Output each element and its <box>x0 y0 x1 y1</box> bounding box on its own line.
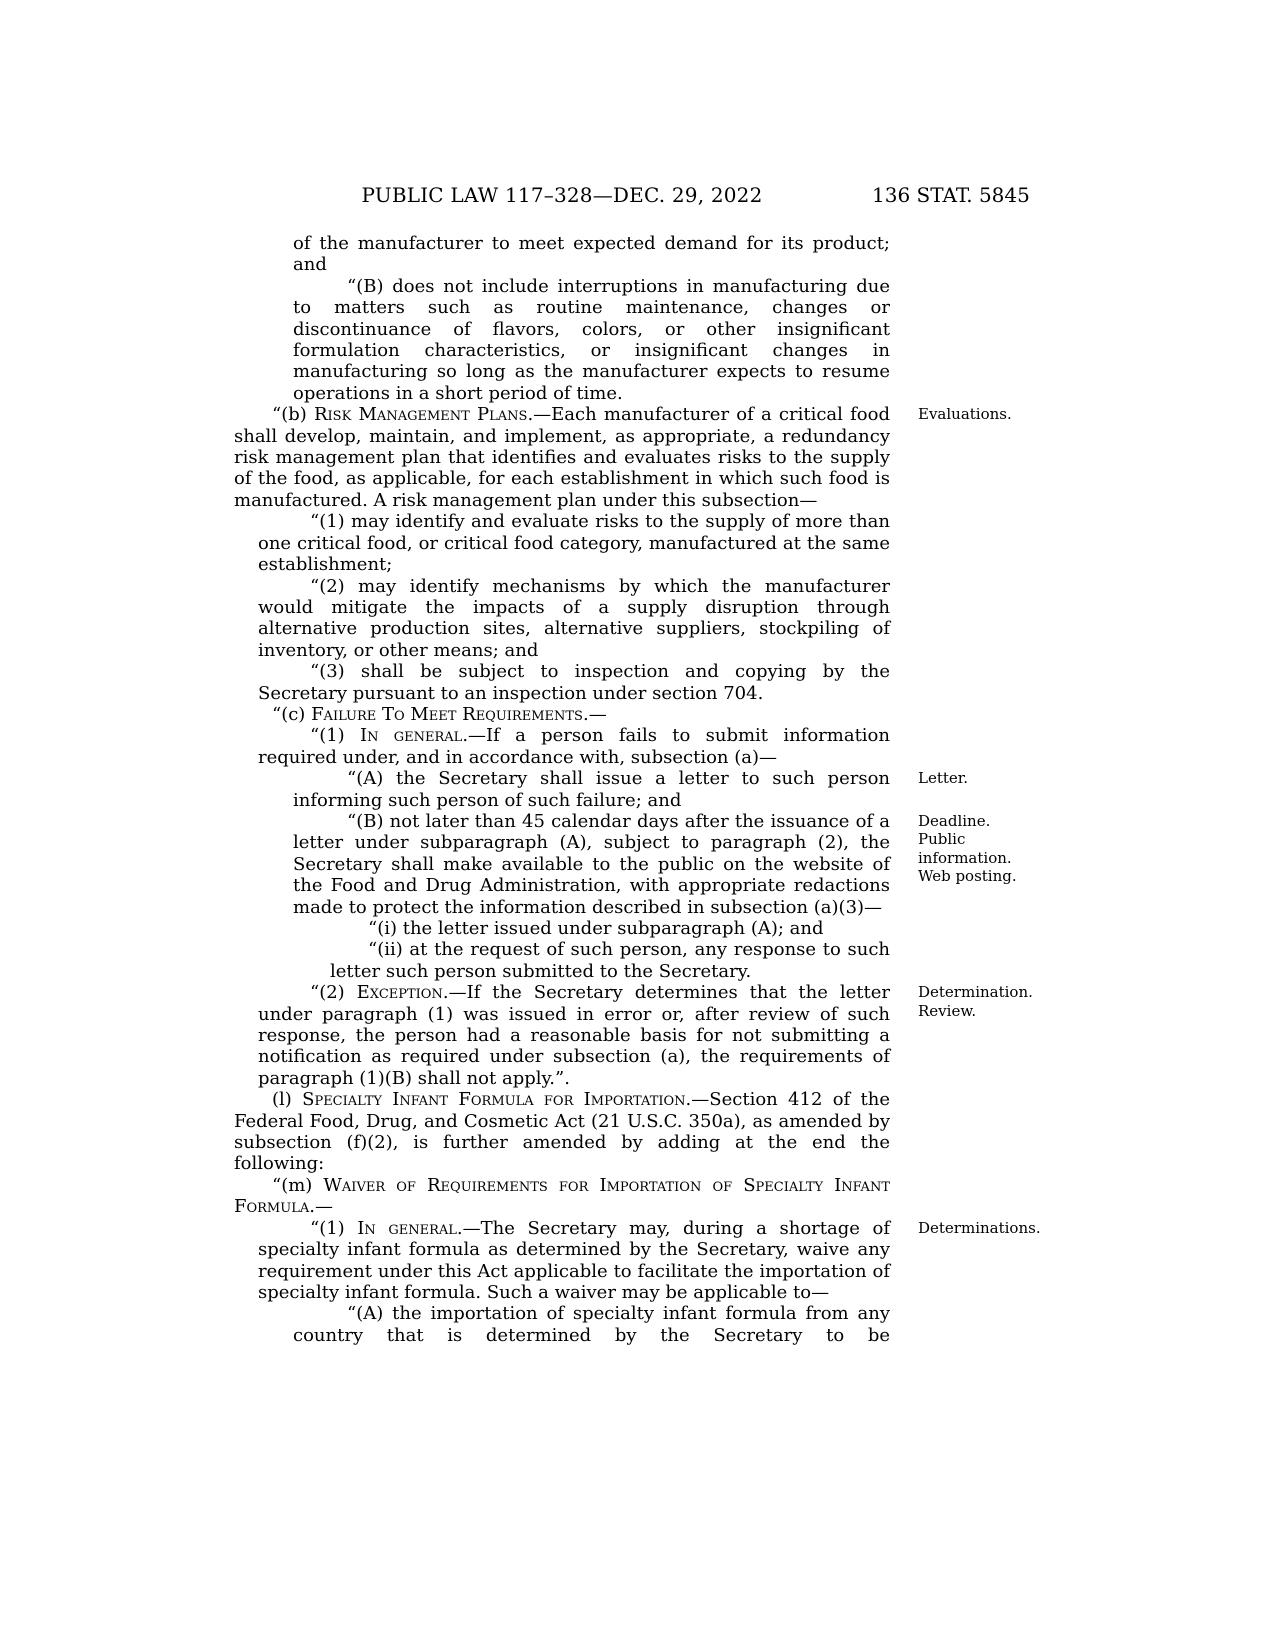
margin-note-line: Public <box>918 830 1068 849</box>
statute-paragraph: “(ii) at the request of such person, any… <box>330 939 890 982</box>
small-caps-run: In general <box>357 1218 457 1239</box>
statute-paragraph: “(c) Failure To Meet Requirements.— <box>234 704 890 725</box>
margin-note-line: Web posting. <box>918 867 1068 886</box>
statute-paragraph: “(3) shall be subject to inspection and … <box>258 661 890 704</box>
statute-paragraph: “(i) the letter issued under subparagrap… <box>330 918 890 939</box>
margin-note-line: Review. <box>918 1002 1068 1021</box>
statute-paragraph: “(A) the importation of specialty infant… <box>293 1303 890 1346</box>
margin-note-line: Deadline. <box>918 812 1068 831</box>
statute-paragraph: “(1) may identify and evaluate risks to … <box>258 511 890 575</box>
text-run: “(b) <box>272 404 314 425</box>
small-caps-run: Failure To Meet Requirements <box>311 704 583 725</box>
small-caps-run: In general <box>360 725 462 746</box>
statute-paragraph: “(2) may identify mechanisms by which th… <box>258 576 890 662</box>
text-run: “(A) the importation of specialty infant… <box>293 1303 890 1345</box>
margin-note: Determinations. <box>918 1219 1068 1238</box>
statute-paragraph: “(A) the Secretary shall issue a letter … <box>293 768 890 811</box>
text-run: of the manufacturer to meet expected dem… <box>293 233 890 275</box>
margin-note-line: Determination. <box>918 983 1068 1002</box>
running-head-stat-page: 136 STAT. 5845 <box>872 183 1052 207</box>
margin-note: Letter. <box>918 769 1068 788</box>
statute-paragraph: “(1) In general.—If a person fails to su… <box>258 725 890 768</box>
statute-paragraph: “(B) not later than 45 calendar days aft… <box>293 811 890 918</box>
text-run: “(1) <box>310 725 360 746</box>
statute-paragraph: “(B) does not include interruptions in m… <box>293 276 890 404</box>
statute-paragraph: (l) Specialty Infant Formula for Importa… <box>234 1089 890 1175</box>
margin-note-line: information. <box>918 849 1068 868</box>
statute-paragraph: “(b) Risk Management Plans.—Each manufac… <box>234 404 890 511</box>
statute-paragraph: “(m) Waiver of Requirements for Importat… <box>234 1175 890 1218</box>
text-run: “(2) may identify mechanisms by which th… <box>258 576 890 661</box>
text-run: “(B) not later than 45 calendar days aft… <box>293 811 890 918</box>
text-run: (l) <box>272 1089 302 1110</box>
statute-paragraph: “(1) In general.—The Secretary may, duri… <box>258 1218 890 1304</box>
text-run: “(m) <box>272 1175 323 1196</box>
margin-note-line: Evaluations. <box>918 405 1068 424</box>
small-caps-run: Exception <box>357 982 443 1003</box>
margin-note-line: Determinations. <box>918 1219 1068 1238</box>
text-run: “(3) shall be subject to inspection and … <box>258 661 890 703</box>
text-run: “(ii) at the request of such person, any… <box>330 939 890 981</box>
text-run: .— <box>309 1196 333 1217</box>
margin-note: Deadline.Publicinformation.Web posting. <box>918 812 1068 886</box>
statute-page: PUBLIC LAW 117–328—DEC. 29, 2022 136 STA… <box>0 0 1275 1650</box>
small-caps-run: Specialty Infant Formula for Importation <box>302 1089 685 1110</box>
text-run: “(A) the Secretary shall issue a letter … <box>293 768 890 810</box>
running-head-law-title: PUBLIC LAW 117–328—DEC. 29, 2022 <box>234 183 890 207</box>
text-run: “(1) may identify and evaluate risks to … <box>258 511 890 575</box>
text-run: “(B) does not include interruptions in m… <box>293 276 890 404</box>
text-run: “(2) <box>310 982 357 1003</box>
text-run: “(1) <box>310 1218 357 1239</box>
small-caps-run: Risk Management Plans <box>314 404 527 425</box>
margin-note: Determination.Review. <box>918 983 1068 1020</box>
statute-body: of the manufacturer to meet expected dem… <box>234 233 890 1346</box>
text-run: “(c) <box>272 704 311 725</box>
margin-note: Evaluations. <box>918 405 1068 424</box>
margin-note-line: Letter. <box>918 769 1068 788</box>
text-run: .— <box>583 704 607 725</box>
text-run: “(i) the letter issued under subparagrap… <box>368 918 824 939</box>
statute-paragraph: “(2) Exception.—If the Secretary determi… <box>258 982 890 1089</box>
statute-paragraph: of the manufacturer to meet expected dem… <box>293 233 890 276</box>
